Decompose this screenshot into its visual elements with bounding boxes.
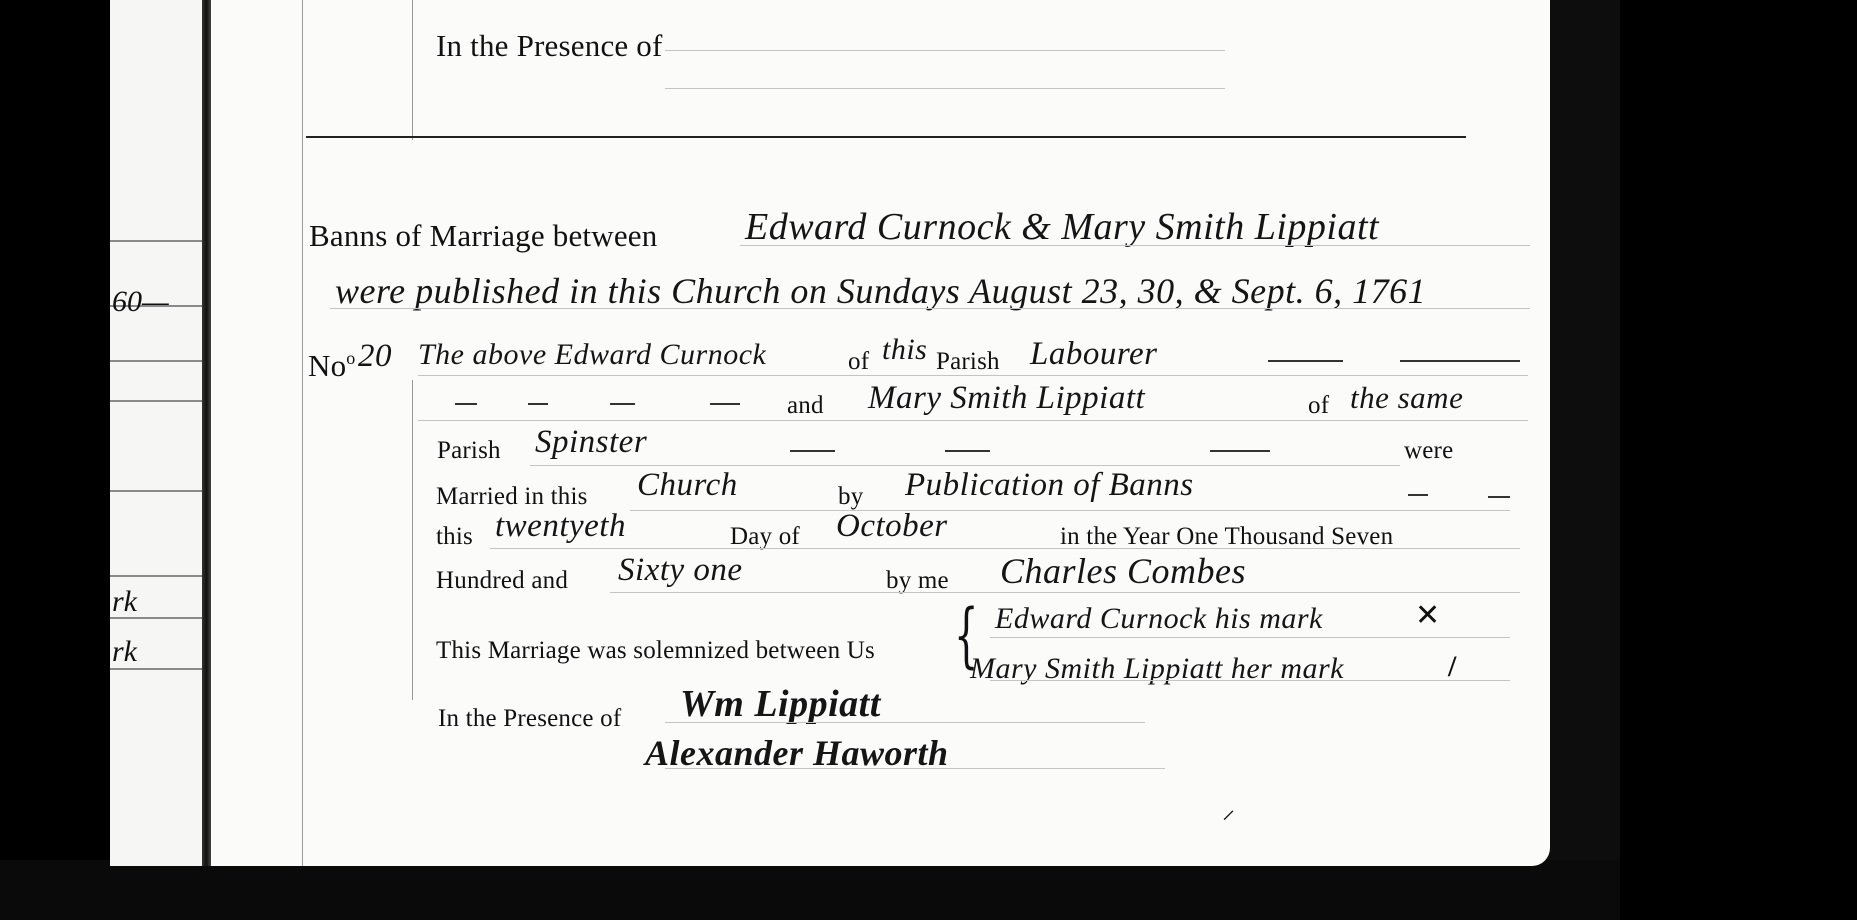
marriage-year: Sixty one xyxy=(618,552,743,589)
facing-page-fragment: rk xyxy=(112,635,137,669)
groom-mark: ✕ xyxy=(1415,598,1440,633)
filler-dash xyxy=(1400,360,1520,362)
groom-signature: Edward Curnock his mark xyxy=(995,602,1323,636)
banns-published: were published in this Church on Sundays… xyxy=(335,270,1426,312)
facing-page-fragment: rk xyxy=(112,585,137,619)
married-label: Married in this xyxy=(436,483,588,511)
of-label: of xyxy=(848,348,869,376)
filler-dash xyxy=(710,403,740,405)
entry-line xyxy=(630,510,1510,511)
facing-rule xyxy=(110,240,202,242)
hundred-label: Hundred and xyxy=(436,567,568,595)
filler-dash xyxy=(1210,450,1270,452)
marriage-day: twentyeth xyxy=(495,508,626,545)
parish-label: Parish xyxy=(437,437,501,465)
marriage-place: Church xyxy=(637,467,738,504)
were-label: were xyxy=(1404,437,1453,465)
bride-name: Mary Smith Lippiatt xyxy=(868,380,1145,417)
entry-line xyxy=(490,548,1520,549)
filler-dash xyxy=(528,403,548,405)
solemnized-label: This Marriage was solemnized between Us xyxy=(436,637,875,665)
marriage-month: October xyxy=(836,508,948,545)
signature-line xyxy=(665,768,1165,769)
banns-line xyxy=(330,308,1530,309)
parish-label: Parish xyxy=(936,348,1000,376)
filler-dash xyxy=(1408,494,1428,496)
signature-line xyxy=(665,88,1225,89)
groom-name: The above Edward Curnock xyxy=(418,338,766,372)
entry-line xyxy=(418,375,1528,376)
signature-line xyxy=(990,637,1510,638)
filler-dash xyxy=(610,403,635,405)
by-me-label: by me xyxy=(886,567,949,595)
filler-dash xyxy=(945,450,990,452)
and-label: and xyxy=(787,392,824,420)
number-label: No xyxy=(308,348,346,383)
facing-rule xyxy=(110,575,202,577)
margin-rule xyxy=(412,0,413,140)
entry-line xyxy=(530,465,1400,466)
banns-names: Edward Curnock & Mary Smith Lippiatt xyxy=(745,205,1379,249)
signature-line xyxy=(665,50,1225,51)
book-gutter xyxy=(202,0,211,866)
day-of-label: Day of xyxy=(730,523,800,551)
witness-1-signature: Wm Lippiatt xyxy=(680,682,881,726)
filler-dash xyxy=(1268,360,1343,362)
scanner-border-right xyxy=(1545,0,1620,920)
of-label: of xyxy=(1308,392,1329,420)
margin-rule xyxy=(302,0,303,866)
banns-line xyxy=(740,245,1530,246)
filler-dash xyxy=(455,403,477,405)
signature-line xyxy=(665,722,1145,723)
by-label: by xyxy=(838,483,863,511)
bride-mark: / xyxy=(1448,650,1456,684)
scanner-border-bottom xyxy=(0,860,1620,920)
facing-page-strip xyxy=(110,0,205,866)
filler-dash xyxy=(790,450,835,452)
marriage-method: Publication of Banns xyxy=(905,467,1194,504)
margin-rule xyxy=(412,380,413,700)
filler-dash xyxy=(1488,496,1510,498)
entry-line xyxy=(610,592,1520,593)
facing-rule xyxy=(110,400,202,402)
previous-presence-label: In the Presence of xyxy=(436,28,663,64)
bride-status: Spinster xyxy=(535,424,647,461)
officiant-signature: Charles Combes xyxy=(1000,550,1246,592)
facing-rule xyxy=(110,360,202,362)
entry-number: 20 xyxy=(358,338,392,375)
presence-label: In the Presence of xyxy=(438,705,621,733)
bride-parish-word: the same xyxy=(1350,380,1463,416)
groom-occupation: Labourer xyxy=(1030,336,1157,373)
entry-number-label: Noo xyxy=(308,348,356,384)
this-label: this xyxy=(436,523,473,551)
ink-blot: ⸝ xyxy=(1222,790,1235,826)
facing-rule xyxy=(110,490,202,492)
groom-parish-word: this xyxy=(882,333,927,367)
facing-page-fragment: 60— xyxy=(112,285,169,319)
banns-label: Banns of Marriage between xyxy=(309,218,657,254)
year-label: in the Year One Thousand Seven xyxy=(1060,523,1393,551)
entry-line xyxy=(418,420,1528,421)
entry-divider xyxy=(306,136,1466,138)
signature-line xyxy=(990,680,1510,681)
